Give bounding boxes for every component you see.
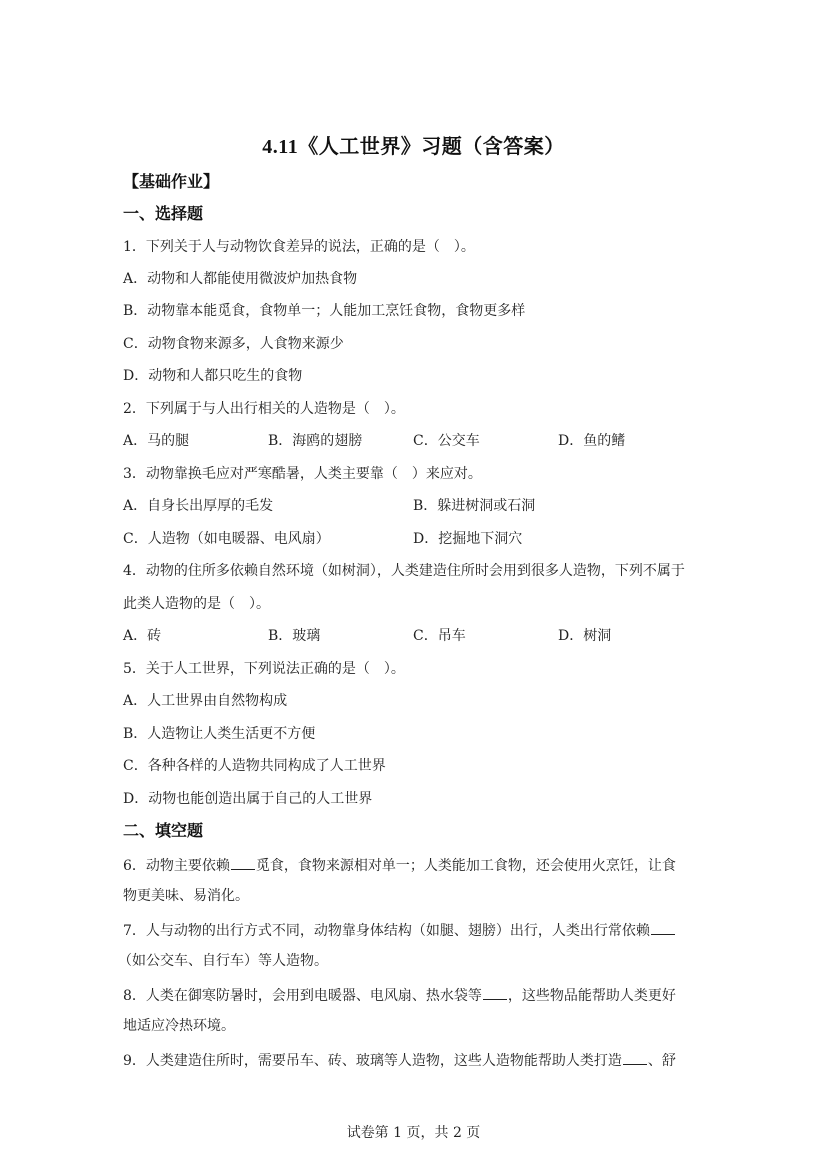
fill-9-line1: 9．人类建造住所时，需要吊车、砖、玻璃等人造物，这些人造物能帮助人类打造、舒	[123, 1050, 676, 1070]
section-label: 【基础作业】	[123, 173, 219, 191]
question-1-option-c: C．动物食物来源多，人食物来源少	[123, 335, 344, 353]
answer-blank	[623, 1050, 647, 1065]
question-4-stem-line1: 4．动物的住所多依赖自然环境（如树洞），人类建造住所时会用到很多人造物，下列不属…	[123, 562, 685, 580]
question-2-stem: 2．下列属于与人出行相关的人造物是（ ）。	[123, 400, 405, 418]
document-page: 4.11《人工世界》习题（含答案） 【基础作业】 一、选择题 1．下列关于人与动…	[0, 0, 827, 1169]
question-3-option-b: B．躲进树洞或石洞	[413, 497, 535, 515]
question-1-option-a: A．动物和人都能使用微波炉加热食物	[123, 270, 357, 288]
fill-8-line1: 8．人类在御寒防暑时，会用到电暖器、电风扇、热水袋等，这些物品能帮助人类更好	[123, 985, 676, 1005]
question-3-option-a: A．自身长出厚厚的毛发	[123, 497, 273, 515]
fill-9-text-a: 9．人类建造住所时，需要吊车、砖、玻璃等人造物，这些人造物能帮助人类打造	[123, 1053, 622, 1069]
fill-9-text-b: 、舒	[648, 1053, 676, 1069]
answer-blank	[651, 920, 675, 935]
fill-8-text-a: 8．人类在御寒防暑时，会用到电暖器、电风扇、热水袋等	[123, 988, 482, 1004]
fill-8-text-b: ，这些物品能帮助人类更好	[508, 988, 676, 1004]
question-4-stem-line2: 此类人造物的是（ ）。	[123, 595, 270, 613]
question-5-option-a: A．人工世界由自然物构成	[123, 692, 287, 710]
question-1-option-d: D．动物和人都只吃生的食物	[123, 367, 302, 385]
part2-heading: 二、填空题	[123, 822, 203, 840]
fill-6-line2: 物更美味、易消化。	[123, 887, 249, 905]
question-3-option-c: C．人造物（如电暖器、电风扇）	[123, 530, 330, 548]
fill-6-line1: 6．动物主要依赖觅食，食物来源相对单一；人类能加工食物，还会使用火烹饪，让食	[123, 855, 676, 875]
fill-7-line2: （如公交车、自行车）等人造物。	[118, 952, 328, 970]
question-4-option-c: C．吊车	[413, 627, 466, 645]
question-4-option-b: B．玻璃	[268, 627, 320, 645]
question-5-option-d: D．动物也能创造出属于自己的人工世界	[123, 790, 372, 808]
question-5-option-c: C．各种各样的人造物共同构成了人工世界	[123, 757, 386, 775]
question-2-option-d: D．鱼的鳍	[558, 432, 625, 450]
document-title: 4.11《人工世界》习题（含答案）	[0, 130, 827, 159]
fill-6-text-a: 6．动物主要依赖	[123, 858, 230, 874]
question-2-option-b: B．海鸥的翅膀	[268, 432, 362, 450]
answer-blank	[483, 985, 507, 1000]
question-1-option-b: B．动物靠本能觅食，食物单一；人能加工烹饪食物，食物更多样	[123, 302, 525, 320]
question-1-stem: 1．下列关于人与动物饮食差异的说法，正确的是（ ）。	[123, 238, 475, 256]
question-4-option-a: A．砖	[123, 627, 161, 645]
question-4-option-d: D．树洞	[558, 627, 611, 645]
fill-7-line1: 7．人与动物的出行方式不同，动物靠身体结构（如腿、翅膀）出行，人类出行常依赖	[123, 920, 676, 940]
question-5-option-b: B．人造物让人类生活更不方便	[123, 725, 315, 743]
fill-6-text-b: 觅食，食物来源相对单一；人类能加工食物，还会使用火烹饪，让食	[256, 858, 676, 874]
answer-blank	[231, 855, 255, 870]
question-3-option-d: D．挖掘地下洞穴	[413, 530, 522, 548]
fill-7-text-a: 7．人与动物的出行方式不同，动物靠身体结构（如腿、翅膀）出行，人类出行常依赖	[123, 923, 650, 939]
fill-8-line2: 地适应冷热环境。	[123, 1017, 235, 1035]
question-2-option-a: A．马的腿	[123, 432, 189, 450]
page-footer: 试卷第 1 页，共 2 页	[0, 1122, 827, 1142]
question-2-option-c: C．公交车	[413, 432, 480, 450]
part1-heading: 一、选择题	[123, 205, 203, 223]
question-3-stem: 3．动物靠换毛应对严寒酷暑，人类主要靠（ ）来应对。	[123, 465, 482, 483]
question-5-stem: 5．关于人工世界，下列说法正确的是（ ）。	[123, 660, 405, 678]
